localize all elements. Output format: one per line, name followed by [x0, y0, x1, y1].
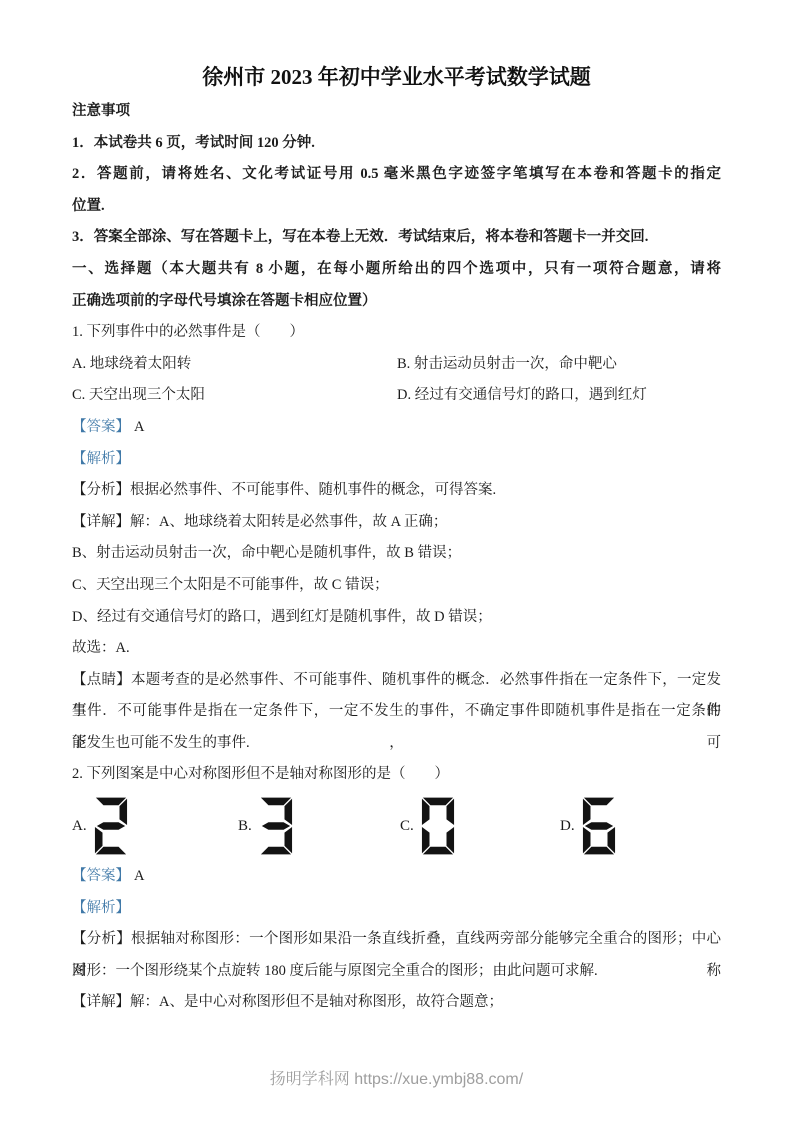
- question-1-options-row-2: C. 天空出现三个太阳 D. 经过有交通信号灯的路口，遇到红灯: [72, 380, 721, 412]
- question-1-analysis: 【分析】根据必然事件、不可能事件、随机事件的概念，可得答案.: [72, 475, 721, 507]
- watermark-footer: 扬明学科网 https://xue.ymbj88.com/: [0, 1066, 793, 1089]
- question-1-jiexi-line: 【解析】: [72, 444, 721, 476]
- question-2-figures-row: A. B. C. D.: [72, 791, 721, 861]
- figure-c-digit: [421, 795, 455, 857]
- option-d-text: 经过有交通信号灯的路口，遇到红灯: [415, 387, 647, 403]
- answer-label: 【答案】: [72, 419, 130, 435]
- notice-line-2-cont: 位置.: [72, 191, 721, 223]
- notice-heading: 注意事项: [72, 96, 721, 128]
- question-1-answer-line: 【答案】A: [72, 412, 721, 444]
- question-2-jiexi-line: 【解析】: [72, 893, 721, 925]
- seven-segment-digit-2: [94, 795, 128, 857]
- notice-line-3: 3．答案全部涂、写在答题卡上，写在本卷上无效．考试结束后，将本卷和答题卡一并交回…: [72, 222, 721, 254]
- option-a-label: A.: [72, 356, 86, 372]
- question-1-options-row-1: A. 地球绕着太阳转 B. 射击运动员射击一次，命中靶心: [72, 349, 721, 381]
- question-2-answer-line: 【答案】A: [72, 861, 721, 893]
- question-1-detail-2: B、射击运动员射击一次，命中靶心是随机事件，故 B 错误；: [72, 538, 721, 570]
- section-heading-line-1: 一、选择题（本大题共有 8 小题，在每小题所给出的四个选项中，只有一项符合题意，…: [72, 254, 721, 286]
- document-title: 徐州市 2023 年初中学业水平考试数学试题: [72, 58, 721, 96]
- notice-line-1: 1．本试卷共 6 页，考试时间 120 分钟.: [72, 128, 721, 160]
- jiexi-label: 【解析】: [72, 451, 130, 467]
- question-1-detail-1: 【详解】解：A、地球绕着太阳转是必然事件，故 A 正确；: [72, 507, 721, 539]
- figure-option-a: A.: [72, 795, 238, 857]
- question-2-detail-1: 【详解】解：A、是中心对称图形但不是轴对称图形，故符合题意；: [72, 987, 721, 1019]
- figure-a-digit: [94, 795, 128, 857]
- option-c: C. 天空出现三个太阳: [72, 380, 397, 412]
- question-2-analysis-1: 【分析】根据轴对称图形：一个图形如果沿一条直线折叠，直线两旁部分能够完全重合的图…: [72, 924, 721, 956]
- figure-c-label: C.: [400, 818, 414, 835]
- figure-a-label: A.: [72, 818, 87, 835]
- section-heading-line-2: 正确选项前的字母代号填涂在答题卡相应位置）: [72, 286, 721, 318]
- question-1-stem: 1. 下列事件中的必然事件是（ ）: [72, 317, 721, 349]
- figure-b-label: B.: [238, 818, 252, 835]
- answer-value: A: [134, 419, 144, 435]
- seven-segment-digit-3: [259, 795, 293, 857]
- question-1-dianjing-2: 事件．不可能事件是指在一定条件下，一定不发生的事件，不确定事件即随机事件是指在一…: [72, 696, 721, 728]
- figure-d-digit: [582, 795, 616, 857]
- question-1-conclusion: 故选：A.: [72, 633, 721, 665]
- seven-segment-digit-6: [582, 795, 616, 857]
- answer-value: A: [134, 868, 144, 884]
- option-c-text: 天空出现三个太阳: [89, 387, 205, 403]
- option-a-text: 地球绕着太阳转: [90, 356, 192, 372]
- jiexi-label: 【解析】: [72, 900, 130, 916]
- option-a: A. 地球绕着太阳转: [72, 349, 397, 381]
- document-content: 徐州市 2023 年初中学业水平考试数学试题 注意事项 1．本试卷共 6 页，考…: [0, 0, 793, 1019]
- option-b: B. 射击运动员射击一次，命中靶心: [397, 349, 617, 381]
- question-1-dianjing-1: 【点睛】本题考查的是必然事件、不可能事件、随机事件的概念．必然事件指在一定条件下…: [72, 665, 721, 697]
- option-d-label: D.: [397, 387, 411, 403]
- figure-option-b: B.: [238, 795, 400, 857]
- option-c-label: C.: [72, 387, 85, 403]
- figure-option-c: C.: [400, 795, 560, 857]
- exam-document-page: 徐州市 2023 年初中学业水平考试数学试题 注意事项 1．本试卷共 6 页，考…: [0, 0, 793, 1122]
- figure-d-label: D.: [560, 818, 575, 835]
- question-1-detail-4: D、经过有交通信号灯的路口，遇到红灯是随机事件，故 D 错误；: [72, 602, 721, 634]
- question-2-stem: 2. 下列图案是中心对称图形但不是轴对称图形的是（ ）: [72, 759, 721, 791]
- option-b-label: B.: [397, 356, 410, 372]
- answer-label: 【答案】: [72, 868, 130, 884]
- seven-segment-digit-0: [421, 795, 455, 857]
- option-d: D. 经过有交通信号灯的路口，遇到红灯: [397, 380, 647, 412]
- question-1-detail-3: C、天空出现三个太阳是不可能事件，故 C 错误；: [72, 570, 721, 602]
- notice-line-2: 2．答题前，请将姓名、文化考试证号用 0.5 毫米黑色字迹签字笔填写在本卷和答题…: [72, 159, 721, 191]
- figure-b-digit: [259, 795, 293, 857]
- figure-option-d: D.: [560, 795, 616, 857]
- option-b-text: 射击运动员射击一次，命中靶心: [414, 356, 617, 372]
